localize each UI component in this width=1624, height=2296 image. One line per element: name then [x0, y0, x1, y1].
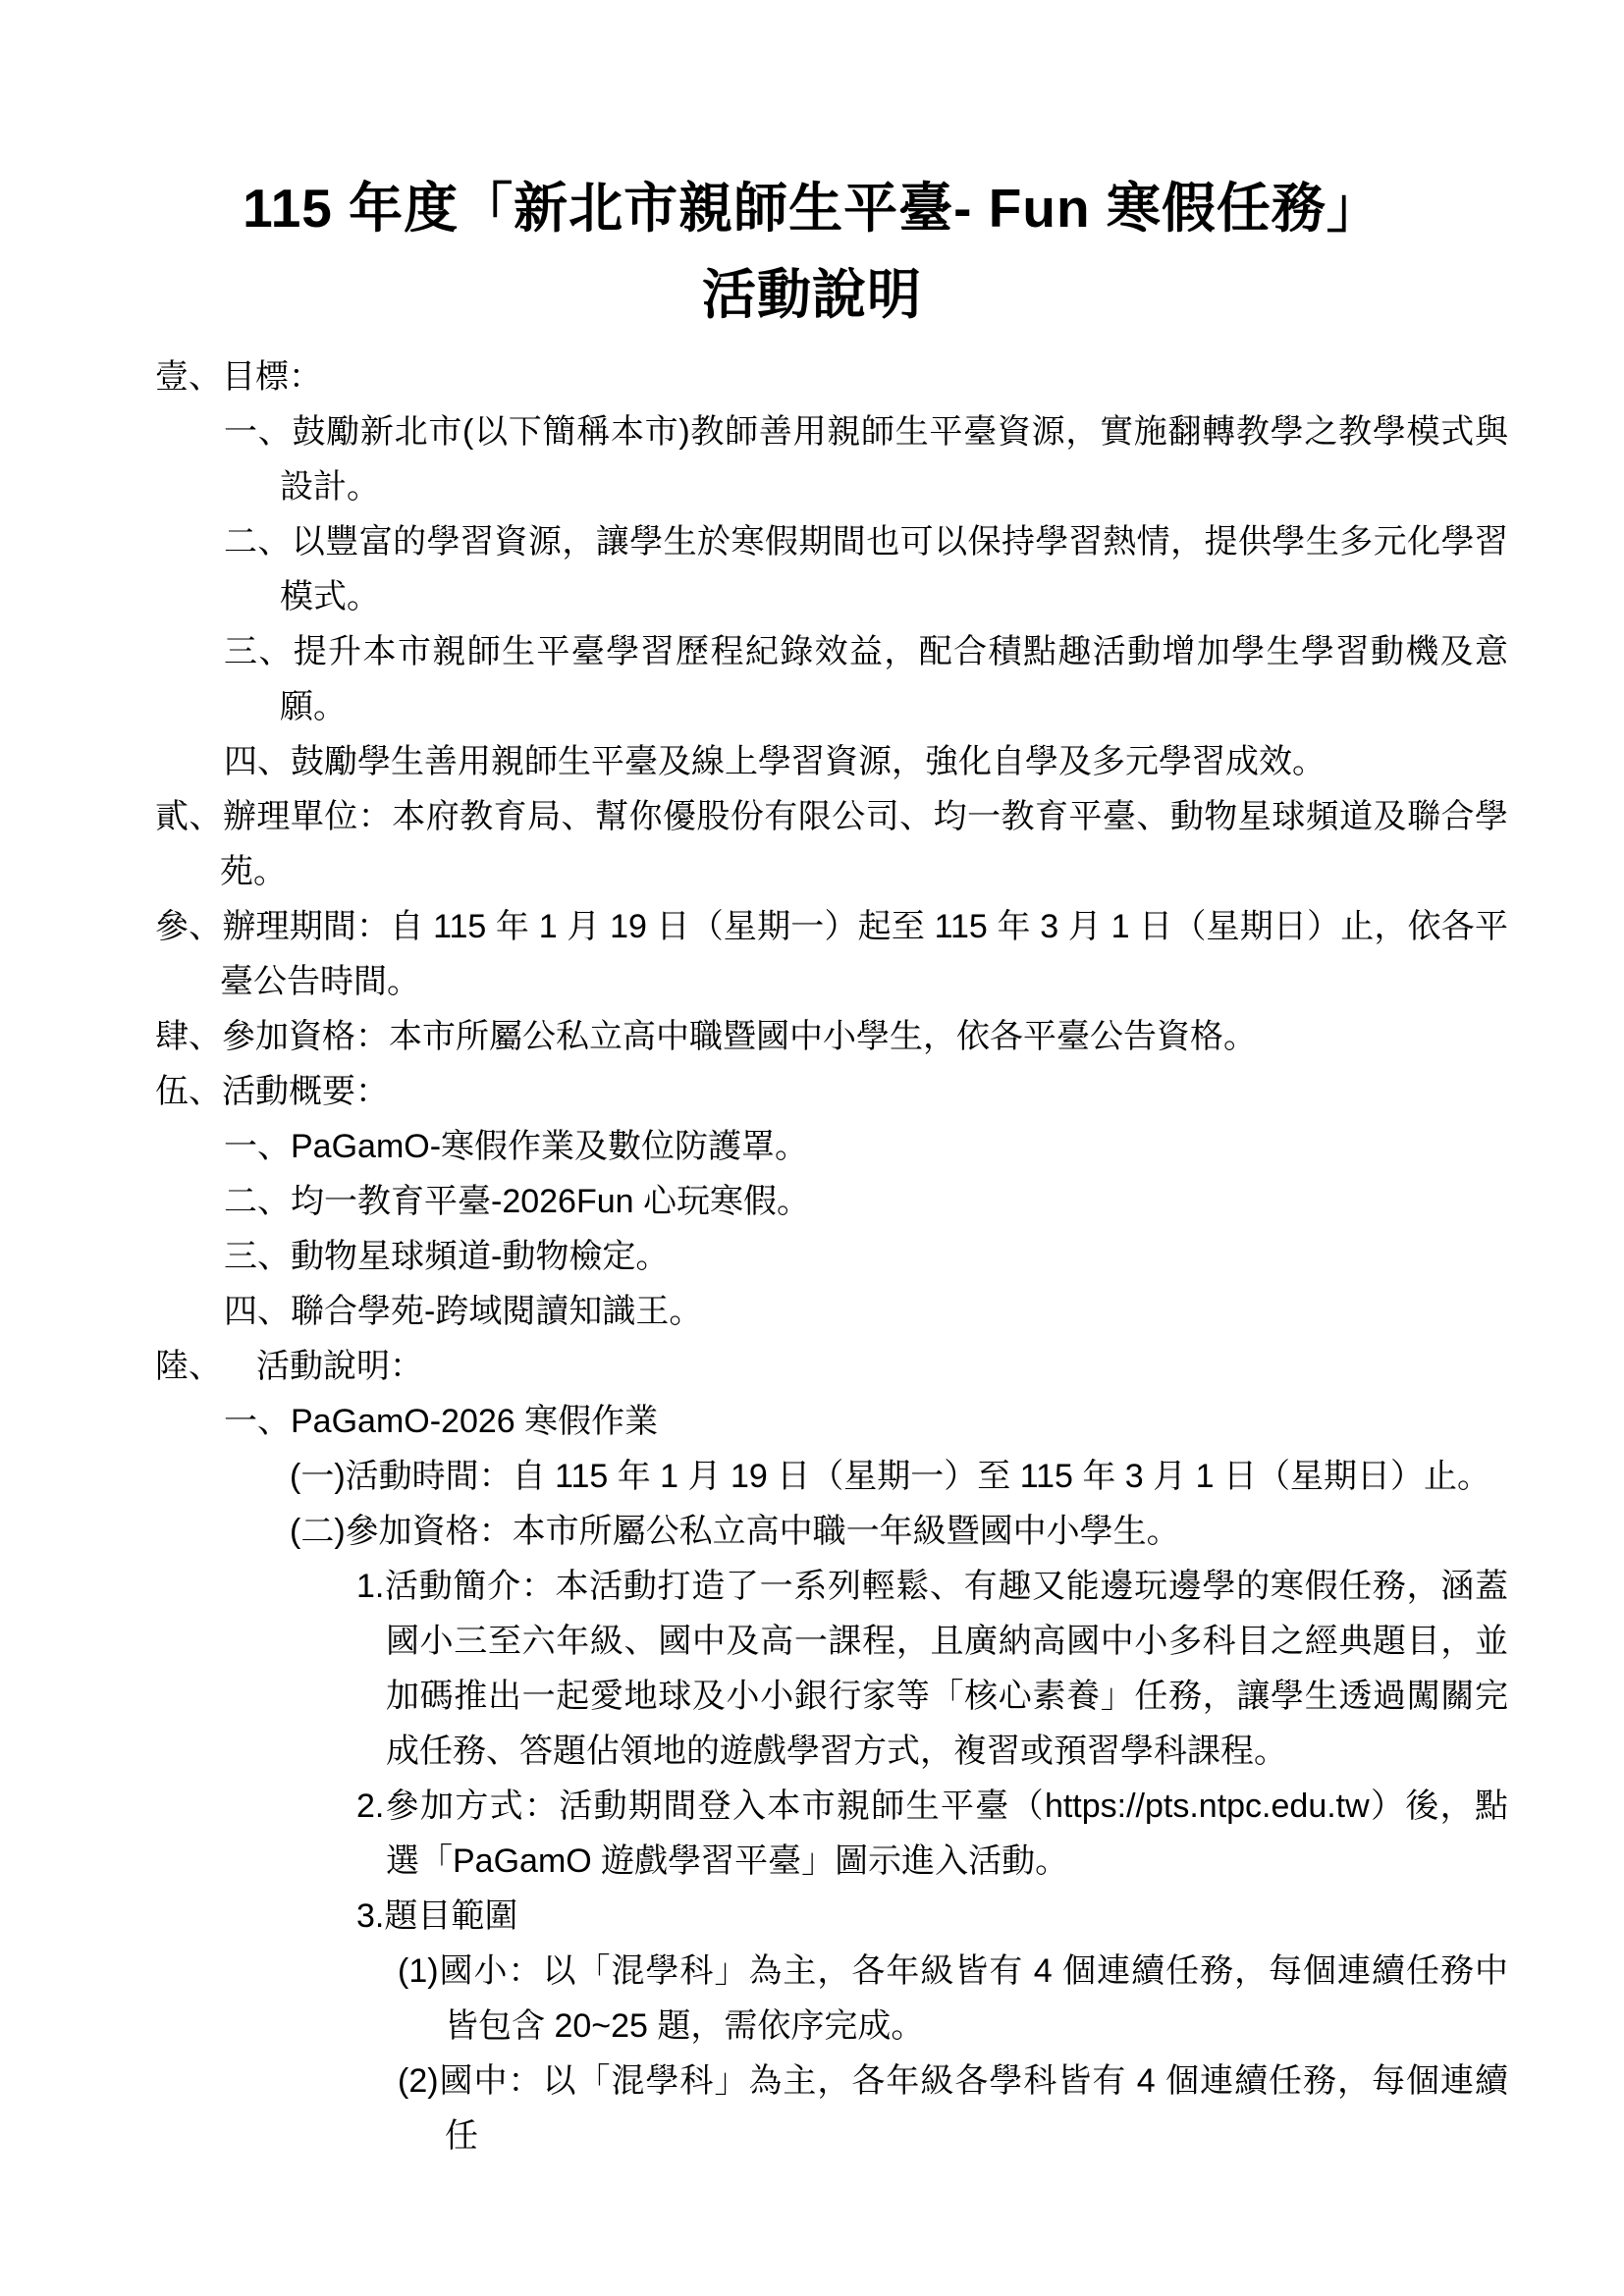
paragraph: (2)國中：以「混學科」為主，各年級各學科皆有 4 個連續任務，每個連續任 — [155, 2054, 1508, 2163]
paragraph: 伍、活動概要： — [155, 1064, 1508, 1119]
paragraph: 肆、參加資格：本市所屬公私立高中職暨國中小學生，依各平臺公告資格。 — [155, 1009, 1508, 1064]
paragraph: 一、PaGamO-寒假作業及數位防護罩。 — [155, 1119, 1508, 1174]
paragraph: 二、均一教育平臺-2026Fun 心玩寒假。 — [155, 1174, 1508, 1229]
paragraph-text: 活動說明： — [256, 1348, 423, 1385]
title-line-1: 115 年度「新北市親師生平臺- Fun 寒假任務」 — [0, 165, 1624, 251]
paragraph: (一)活動時間：自 115 年 1 月 19 日（星期一）至 115 年 3 月… — [155, 1449, 1508, 1504]
paragraph: 一、PaGamO-2026 寒假作業 — [155, 1394, 1508, 1449]
paragraph: (二)參加資格：本市所屬公私立高中職一年級暨國中小學生。 — [155, 1504, 1508, 1559]
paragraph: 三、提升本市親師生平臺學習歷程紀錄效益，配合積點趣活動增加學生學習動機及意願。 — [155, 624, 1508, 734]
paragraph: 1.活動簡介：本活動打造了一系列輕鬆、有趣又能邊玩邊學的寒假任務，涵蓋國小三至六… — [155, 1559, 1508, 1779]
paragraph: (1)國小：以「混學科」為主，各年級皆有 4 個連續任務，每個連續任務中皆包含 … — [155, 1944, 1508, 2054]
paragraph: 四、聯合學苑-跨域閱讀知識王。 — [155, 1284, 1508, 1339]
paragraph: 2.參加方式：活動期間登入本市親師生平臺（https://pts.ntpc.ed… — [155, 1779, 1508, 1889]
document-body: 壹、目標：一、鼓勵新北市(以下簡稱本市)教師善用親師生平臺資源，實施翻轉教學之教… — [155, 349, 1508, 2163]
document-title: 115 年度「新北市親師生平臺- Fun 寒假任務」 活動說明 — [0, 0, 1624, 338]
paragraph: 二、以豐富的學習資源，讓學生於寒假期間也可以保持學習熱情，提供學生多元化學習模式… — [155, 514, 1508, 624]
paragraph: 四、鼓勵學生善用親師生平臺及線上學習資源，強化自學及多元學習成效。 — [155, 734, 1508, 789]
paragraph: 陸、活動說明： — [155, 1339, 1508, 1394]
paragraph: 一、鼓勵新北市(以下簡稱本市)教師善用親師生平臺資源，實施翻轉教學之教學模式與設… — [155, 404, 1508, 514]
paragraph: 貳、辦理單位：本府教育局、幫你優股份有限公司、均一教育平臺、動物星球頻道及聯合學… — [155, 789, 1508, 899]
paragraph: 3.題目範圍 — [155, 1889, 1508, 1944]
paragraph: 參、辦理期間：自 115 年 1 月 19 日（星期一）起至 115 年 3 月… — [155, 899, 1508, 1009]
document-page: 115 年度「新北市親師生平臺- Fun 寒假任務」 活動說明 壹、目標：一、鼓… — [0, 0, 1624, 2296]
paragraph: 壹、目標： — [155, 349, 1508, 404]
paragraph: 三、動物星球頻道-動物檢定。 — [155, 1229, 1508, 1284]
paragraph-marker: 陸、 — [155, 1339, 256, 1394]
title-line-2: 活動說明 — [0, 251, 1624, 338]
